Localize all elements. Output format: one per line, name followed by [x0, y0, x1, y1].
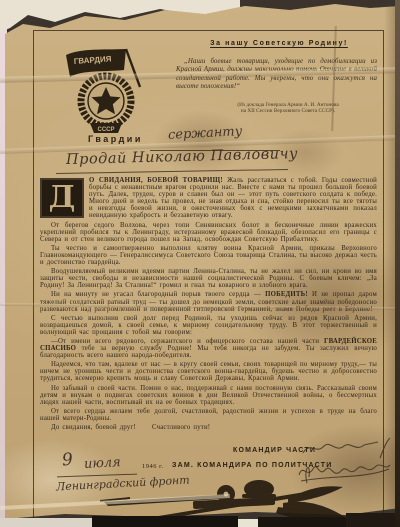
- body-paragraph: —От имени всего рядового, сержантского и…: [40, 338, 377, 359]
- body-paragraph-text: Ни на минуту не угасал благородный порыв…: [51, 291, 265, 298]
- scan-bottom-edge-light: [0, 518, 92, 527]
- salutation-printed-label: Гвардии: [88, 134, 143, 144]
- bon-voyage-text: Счастливого пути!: [136, 424, 210, 431]
- drop-cap: Д: [40, 178, 84, 218]
- body-paragraph: Ни на минуту не угасал благородный порыв…: [40, 291, 377, 312]
- body-paragraph-text: тебе за верную службу Родине! Мы тебя ни…: [40, 345, 377, 359]
- farewell-line: До свидания, боевой друг!Счастливого пут…: [40, 424, 377, 431]
- epigraph-source-line2: на XII Сессии Верховного Совета СССР).: [200, 108, 376, 114]
- date-year-printed: 1946 г.: [142, 463, 164, 470]
- date-month-handwritten: июля: [84, 455, 121, 472]
- body-paragraph-text: Жаль расставаться с тобой. Годы совместн…: [89, 177, 377, 219]
- guards-badge-icon: ГВАРДИЯ СССР: [60, 45, 155, 135]
- body-paragraph: Воодушевляемый великими идеями партии Ле…: [40, 268, 377, 289]
- scan-bottom-glint: [238, 519, 258, 527]
- body-paragraph: С честью выполнив свой долг перед Родино…: [40, 315, 377, 336]
- body-lead: О СВИДАНИЯ, БОЕВОЙ ТОВАРИЩ!: [89, 177, 223, 184]
- body-paragraph: Д О СВИДАНИЯ, БОЕВОЙ ТОВАРИЩ! Жаль расст…: [40, 177, 377, 220]
- scan-bottom-edge-dark: [346, 513, 400, 527]
- epigraph-quote: „Наши боевые товарищи, уходящие по демоб…: [176, 58, 377, 91]
- body-paragraph: Надеемся, что там, вдалеке от нас — в кр…: [40, 361, 377, 382]
- farewell-text: До свидания, боевой друг!: [51, 424, 136, 431]
- epigraph-source: (Из доклада Генерала Армии А. И. Антонов…: [200, 102, 376, 115]
- body-paragraph-text: —От имени всего рядового, сержантского и…: [51, 338, 324, 345]
- body-paragraph: От берегов седого Волхова, через топи Си…: [40, 222, 377, 243]
- letter-body: Д О СВИДАНИЯ, БОЕВОЙ ТОВАРИЩ! Жаль расст…: [40, 177, 377, 433]
- scan-right-edge: [395, 0, 400, 527]
- body-paragraph: Не забывай о своей части. Помни о нас, п…: [40, 385, 377, 406]
- body-paragraph: Ты честно и самоотверженно выполнил клят…: [40, 245, 377, 266]
- scanned-demobilization-letter: ГВАРДИЯ СССР За нашу Советскую Родину! „…: [0, 0, 400, 527]
- date-day-handwritten: 9: [61, 450, 74, 471]
- scan-bottom-edge-dark: [258, 517, 346, 527]
- body-paragraph: От всего сердца желаем тебе долгой, счас…: [40, 408, 377, 422]
- motto-header: За нашу Советскую Родину!: [188, 40, 370, 47]
- badge-ribbon-label: СССР: [97, 127, 114, 133]
- body-bold-phrase: ПОБЕДИТЬ!: [265, 291, 308, 298]
- scan-bottom-edge-dark: [92, 516, 238, 527]
